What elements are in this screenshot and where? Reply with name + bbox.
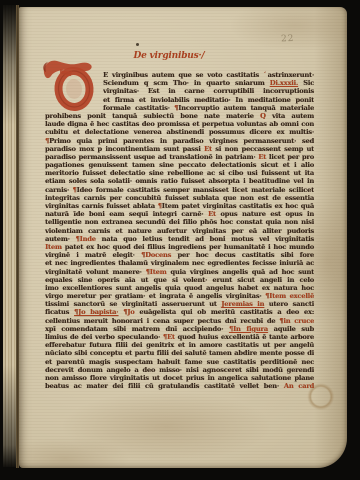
text-segment: meritorio fuisset delectatio sine rebell… <box>45 169 314 177</box>
text-line: ficatus ¶Jo bapista· ¶Jo euāgelista qui … <box>45 308 314 316</box>
text-segment: violentiam carnis et nature aufertur vir… <box>45 227 314 235</box>
text-segment: Primo quia primi parentes in paradiso vi… <box>45 137 314 145</box>
text-segment: carnis· <box>45 186 73 194</box>
text-segment: et nec ingredientes thalamū virginalem n… <box>45 259 314 267</box>
book-photo: 22 De virginibus·/ E virginibus autem qu… <box>0 0 360 480</box>
text-line: tissimi sanctorū se virginitati asseruer… <box>45 300 314 308</box>
manuscript-page: 22 De virginibus·/ E virginibus autem qu… <box>19 7 347 468</box>
text-line: Sciendum q scm Tho· in quarto sniarum Di… <box>103 79 314 87</box>
rubric-segment: Et <box>208 210 216 218</box>
text-line: limius de dei verbo speculando· ¶Et quod… <box>45 333 314 341</box>
text-line: xpī comendatam sibi matrem dnī accipiend… <box>45 325 314 333</box>
text-segment: formale castitatis· <box>103 104 174 112</box>
text-line: efferebatur futura filii dei genitrix et… <box>45 341 314 349</box>
rubric-segment: ¶Et <box>163 333 175 341</box>
text-segment: aquile sub <box>268 325 314 333</box>
text-line: nūciato sibi conceptu et partu filii dei… <box>45 349 314 357</box>
text-segment: ficatus <box>45 308 74 316</box>
text-segment: prohibens ponit tanquā subiectū bone nat… <box>45 112 260 120</box>
rubric-segment: Et <box>258 153 266 161</box>
text-segment: paradiso permansissent usque ad translat… <box>45 153 258 161</box>
folio-number: 22 <box>281 34 305 45</box>
rubric-segment: ¶Docens <box>141 251 171 259</box>
text-line: equales sine operis aīa ut que si volent… <box>45 276 314 284</box>
text-segment: quod huius excellentiā ē tante arbore <box>175 333 314 341</box>
rubric-segment: ¶Inde <box>76 235 96 243</box>
text-segment: quia virgines angelis quā ad hoc sunt <box>166 268 314 276</box>
text-segment: patet ex hoc quod dei filius ingrediens … <box>62 243 314 251</box>
text-segment: pagationes genuissent tamen sine peccato… <box>45 161 314 169</box>
text-segment: Ideo formale castitatis semper mansisset… <box>45 186 314 194</box>
text-segment: telligentie non extranea secundū dei fil… <box>45 218 314 226</box>
text-line: paradiso permansissent usque ad translat… <box>45 153 314 161</box>
text-segment: imo excellentiores sunt angelis quia quo… <box>45 284 314 292</box>
text-segment: virginitas carnis fuisset ablata <box>45 202 158 210</box>
text-line: E virginibus autem que se voto castitati… <box>103 71 314 79</box>
text-line: violentiam carnis et nature aufertur vir… <box>45 227 314 235</box>
text-line: etiam soles sola solatii· omnis ratio fu… <box>45 177 314 185</box>
text-line: et firma et inviolabilis meditatio· In m… <box>103 96 314 104</box>
text-line: cellentius meruit honorari i cena super … <box>45 317 314 325</box>
text-segment: opus nature est opus in <box>216 210 314 218</box>
text-line: meritorio fuisset delectatio sine rebell… <box>45 169 314 177</box>
text-segment: xpī comendatam sibi matrem dnī accipiend… <box>45 325 229 333</box>
text-line: et nec ingredientes thalamū virginalem n… <box>45 259 314 267</box>
text-segment: euāgelista qui ob meritū castitatis a de… <box>134 308 314 316</box>
text-segment: cubitu et delectatione venerea abstinend… <box>45 128 314 136</box>
text-segment: efferebatur futura filii dei genitrix et… <box>45 341 314 349</box>
text-line: cubitu et delectatione venerea abstinend… <box>45 128 314 136</box>
text-line: paradiso mox p incontinentiam sunt passi… <box>45 145 314 153</box>
rubric-segment: ¶In figura <box>229 325 268 333</box>
text-line: virginitas carnis fuisset ablata ¶Item p… <box>45 202 314 210</box>
rubric-segment: Et <box>204 145 212 153</box>
text-segment: Item patet virginitas castitatis ex hoc … <box>162 202 314 210</box>
text-segment: utero sancti <box>264 300 314 308</box>
text-line: pagationes genuissent tamen sine peccato… <box>45 161 314 169</box>
rubric-segment: ¶in cruce <box>279 317 314 325</box>
text-line: virginē i matrē elegit· ¶Docens per hoc … <box>45 251 314 259</box>
text-segment: nata quo letius tendit ad boni motus vel… <box>96 235 314 243</box>
text-segment: virginitatē volunt manere· <box>45 268 146 276</box>
text-segment: virginē i matrē elegit· <box>45 251 141 259</box>
text-segment: et parentū magis suspectam habuit fame s… <box>45 358 314 366</box>
text-segment: integritas carnis per concubitū fuisset … <box>45 194 314 202</box>
text-segment: non amisso flore virginitatis ut docet p… <box>45 374 314 382</box>
text-line: laude digna ē hec castitas deo promissa … <box>45 120 314 128</box>
text-segment: limius de dei verbo speculando· <box>45 333 163 341</box>
text-segment: tissimi sanctorū se virginitati asseruer… <box>45 300 221 308</box>
chapter-heading: De virginibus·/ <box>109 51 229 61</box>
text-segment: vita autem <box>266 112 314 120</box>
text-line: decrevit donum angelo a deo misso· nisi … <box>45 366 314 374</box>
text-segment: nūciato sibi conceptu et partu filii dei… <box>45 349 314 357</box>
rubric-segment: ¶Item excellē <box>265 292 314 300</box>
text-segment: etiam soles sola solatii· omnis ratio fu… <box>45 177 314 185</box>
text-segment: astrinxerunt· <box>268 71 314 79</box>
text-segment: paradiso mox p incontinentiam sunt passi <box>45 145 204 153</box>
ink-speck <box>136 43 139 46</box>
initial-spacer <box>45 71 103 104</box>
text-segment: licet per pro <box>266 153 314 161</box>
text-segment: naturā īde boni eam sequī integri carnē· <box>45 210 208 218</box>
text-segment: beatus ac mater dei filii cū gratulandis… <box>45 382 284 390</box>
rubric-segment: Di.xxxii. <box>270 79 298 87</box>
rubric-segment: ¶Item <box>146 268 167 276</box>
text-line: telligentie non extranea secundū dei fil… <box>45 218 314 226</box>
rubric-segment: Item <box>45 243 62 251</box>
text-segment: virginitas· Est in carne corruptibili in… <box>103 87 314 95</box>
rubric-segment: ¶Jo <box>123 308 134 316</box>
text-segment: laude digna ē hec castitas deo promissa … <box>45 120 314 128</box>
text-line: prohibens ponit tanquā subiectū bone nat… <box>45 112 314 120</box>
text-line: autem· ¶Inde nata quo letius tendit ad b… <box>45 235 314 243</box>
text-line: formale castitatis· ¶Incorruptio autem t… <box>103 104 314 112</box>
text-segment: virgo meretur per gratiam· et ingrata ē … <box>45 292 265 300</box>
text-segment: Sciendum q scm Tho· in quarto sniarum <box>103 79 270 87</box>
text-line: naturā īde boni eam sequī integri carnē·… <box>45 210 314 218</box>
text-line: et parentū magis suspectam habuit fame s… <box>45 358 314 366</box>
text-line: virginitatē volunt manere· ¶Item quia vi… <box>45 268 314 276</box>
text-segment: et firma et inviolabilis meditatio· In m… <box>103 96 314 104</box>
page-edge-strip <box>3 5 17 467</box>
text-segment: decrevit donum angelo a deo misso· nisi … <box>45 366 314 374</box>
rubric-segment: ¶Jo bapista· <box>74 308 118 316</box>
text-line: beatus ac mater dei filii cū gratulandis… <box>45 382 314 390</box>
text-segment: E virginibus autem que se voto castitati… <box>103 71 263 79</box>
text-line: virgo meretur per gratiam· et ingrata ē … <box>45 292 314 300</box>
text-line: Item patet ex hoc quod dei filius ingred… <box>45 243 314 251</box>
rubric-segment: An card <box>284 382 314 390</box>
text-line: carnis· ¶Ideo formale castitatis semper … <box>45 186 314 194</box>
text-line: non amisso flore virginitatis ut docet p… <box>45 374 314 382</box>
text-line: integritas carnis per concubitū fuisset … <box>45 194 314 202</box>
text-segment: cellentius meruit honorari i cena super … <box>45 317 279 325</box>
text-segment: autem· <box>45 235 76 243</box>
text-segment: equales sine operis aīa ut que si volent… <box>45 276 314 284</box>
rubric-segment: Jeremias in <box>221 300 264 308</box>
text-line: virginitas· Est in carne corruptibili in… <box>103 87 314 95</box>
text-block: E virginibus autem que se voto castitati… <box>45 71 314 390</box>
text-line: imo excellentiores sunt angelis quia quo… <box>45 284 314 292</box>
text-line: ¶Primo quia primi parentes in paradiso v… <box>45 137 314 145</box>
